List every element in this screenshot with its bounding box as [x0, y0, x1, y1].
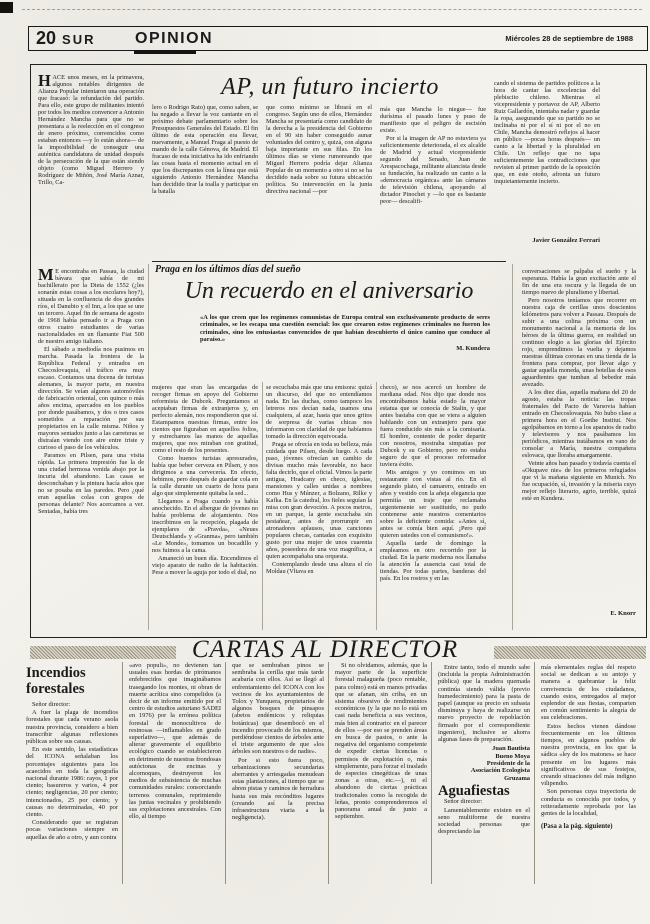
article2-column-c: se escuchaba más que una emisora: quizá …	[266, 384, 372, 632]
article2-paragraph: Pero nosotros teníamos que recorrer en n…	[522, 297, 636, 388]
article2-paragraph: mujeres que eran las encargadas de recog…	[152, 384, 258, 454]
page-header: 20 SUR OPINION Miércoles 28 de septiembr…	[28, 26, 648, 51]
column-rule	[376, 382, 377, 630]
letter1-paragraph: A fuer la plaga de incendios forestales …	[26, 709, 118, 745]
letter1-salutation: Señor director:	[26, 701, 118, 708]
letters-column-4: Si no olvidamos, además, que la mayor pa…	[335, 662, 427, 916]
letter1-title: Incendios forestales	[26, 666, 118, 697]
article2-paragraph: Como buenos turistas apresurados, había …	[152, 455, 258, 497]
letters-band-right	[494, 646, 646, 659]
article1-paragraph: cando el sistema de partidos políticos a…	[494, 80, 600, 185]
article2-column-right: conversaciones se palpaba el sueño y la …	[522, 268, 636, 606]
column-rule	[225, 662, 226, 884]
article2-paragraph: Paramos en Pilsen, para una visita rápid…	[38, 452, 144, 515]
letter2-paragraph: Son personas cuya trayectoria de conduct…	[541, 788, 636, 817]
letters-section-title: CARTAS AL DIRECTOR	[168, 636, 482, 664]
article2-paragraph: Contemplando desde una altura el río Mol…	[266, 561, 372, 575]
continuation-note: (Pasa a la pág. siguiente)	[541, 823, 636, 830]
article1-paragraph: Por si la imagen de AP no estuviera ya s…	[380, 135, 486, 205]
column-rule	[262, 382, 263, 630]
masthead-logo: SUR	[62, 32, 95, 47]
article2-headline: Un recuerdo en el aniversario	[152, 278, 506, 305]
quote-author: M. Kundera	[200, 345, 490, 352]
letter2-paragraph: Estos hechos vienen dándose frecuentemen…	[541, 723, 636, 788]
article2-paragraph: Amaneció un buen día. Encendimos el viej…	[152, 555, 258, 576]
article1-paragraph: lero o Rodrigo Rato) que, como saben, se…	[152, 104, 258, 195]
article1-column-4: más que Mancha lo niegue— fue durísima e…	[380, 106, 486, 244]
kicker-rule	[152, 261, 506, 262]
article1-paragraph: que como mínimo se librará en el congres…	[266, 104, 372, 195]
article2-paragraph: A los diez días, aquella mañana del 20 d…	[522, 389, 636, 459]
article2-paragraph: Praga se ofrecía en toda su belleza, más…	[266, 441, 372, 560]
article2-paragraph: se escuchaba más que una emisora: quizá …	[266, 384, 372, 440]
letters-band-left	[30, 646, 176, 659]
article2-pull-quote: «A los que creen que los regímenes comun…	[200, 314, 490, 352]
page-number: 20	[36, 28, 56, 49]
section-underline	[134, 50, 196, 54]
column-rule	[534, 662, 535, 884]
letter2-title: Aguafiestas	[438, 788, 530, 795]
article2-paragraph: El sábado a mediodía nos pusimos en marc…	[38, 346, 144, 451]
article1-byline: Javier González Ferrari	[494, 237, 600, 244]
signature-line: Bueno Moya	[438, 753, 530, 760]
column-rule	[122, 662, 123, 884]
scan-artifact-blob	[0, 2, 13, 13]
letter1-paragraph: Entre tanto, todo el mundo sabe (incluid…	[438, 664, 530, 743]
scan-artifact-line	[22, 9, 642, 10]
article2-paragraph: Llegamos a Praga cuando ya había anochec…	[152, 498, 258, 554]
letters-column-5: Entre tanto, todo el mundo sabe (incluid…	[438, 664, 530, 918]
article2-paragraph: checo), se nos acercó un hombre de media…	[380, 384, 486, 468]
article2-byline: E. Knorr	[522, 610, 636, 617]
article1-headline: AP, un futuro incierto	[185, 74, 475, 101]
letter1-paragraph: Considerando que se registran pocas vari…	[26, 819, 118, 841]
article2-paragraph: Aquella tarde de domingo la empleamos en…	[380, 540, 486, 582]
signature-line: Juan Bautista	[438, 745, 530, 752]
article1-dropcap: H	[38, 74, 52, 87]
letter1-signature: Juan Bautista Bueno Moya Presidente de l…	[438, 745, 530, 782]
signature-line: Presidente de la	[438, 760, 530, 767]
letters-column-2: «avo populi», no devienen tan usuales es…	[129, 662, 221, 916]
article2-paragraph: Veinte años han pasado y todavía cuenta …	[522, 460, 636, 502]
article1-column-3: que como mínimo se librará en el congres…	[266, 104, 372, 244]
newspaper-page: 20 SUR OPINION Miércoles 28 de septiembr…	[0, 0, 650, 924]
article2-paragraph: Mis amigos y yo comimos en un restaurant…	[380, 469, 486, 539]
issue-date: Miércoles 28 de septiembre de 1988	[505, 34, 633, 43]
letters-column-3: que se sembraban pinos se sembraba la ce…	[232, 662, 324, 916]
letters-column-1: Incendios forestales Señor director: A f…	[26, 666, 118, 916]
letter1-paragraph: que se sembraban pinos se sembraba la ce…	[232, 662, 324, 756]
signature-line: Asociación Ecologista	[438, 767, 530, 774]
letter1-paragraph: En este sentido, las estadísticas del IC…	[26, 746, 118, 818]
letter1-paragraph: Por si esto fuera poco, urbanizaciones s…	[232, 757, 324, 822]
column-rule	[512, 264, 513, 630]
column-rule	[148, 264, 149, 630]
article2-column-left: ME encontraba en Passau, la ciudad bávar…	[38, 268, 144, 632]
letter2-paragraph: más elementales reglas del respeto socia…	[541, 664, 636, 722]
article1-paragraph: ACE unos meses, en la primavera, algunos…	[38, 74, 144, 186]
quote-text: «A los que creen que los regímenes comun…	[200, 314, 490, 344]
article2-paragraph: conversaciones se palpaba el sueño y la …	[522, 268, 636, 296]
article2-kicker: Praga en los últimos días del sueño	[155, 264, 455, 275]
letter2-paragraph: Lamentablemente existen en el seno multi…	[438, 807, 530, 836]
column-rule	[328, 662, 329, 884]
section-title: OPINION	[135, 30, 213, 48]
article2-column-d: checo), se nos acercó un hombre de media…	[380, 384, 486, 632]
letters-column-6: más elementales reglas del respeto socia…	[541, 664, 636, 918]
article1-column-2: lero o Rodrigo Rato) que, como saben, se…	[152, 104, 258, 244]
article1-paragraph: más que Mancha lo niegue— fue durísima e…	[380, 106, 486, 134]
article1-column-1: HACE unos meses, en la primavera, alguno…	[38, 74, 144, 244]
signature-line: Gruzama	[438, 775, 530, 782]
article2-column-b: mujeres que eran las encargadas de recog…	[152, 384, 258, 632]
column-rule	[431, 662, 432, 884]
article1-column-5: cando el sistema de partidos políticos a…	[494, 80, 600, 234]
article2-dropcap: M	[38, 268, 55, 281]
letter1-paragraph: «avo populi», no devienen tan usuales es…	[129, 662, 221, 820]
letter2-salutation: Señor director:	[438, 798, 530, 805]
letter1-paragraph: Si no olvidamos, además, que la mayor pa…	[335, 662, 427, 820]
